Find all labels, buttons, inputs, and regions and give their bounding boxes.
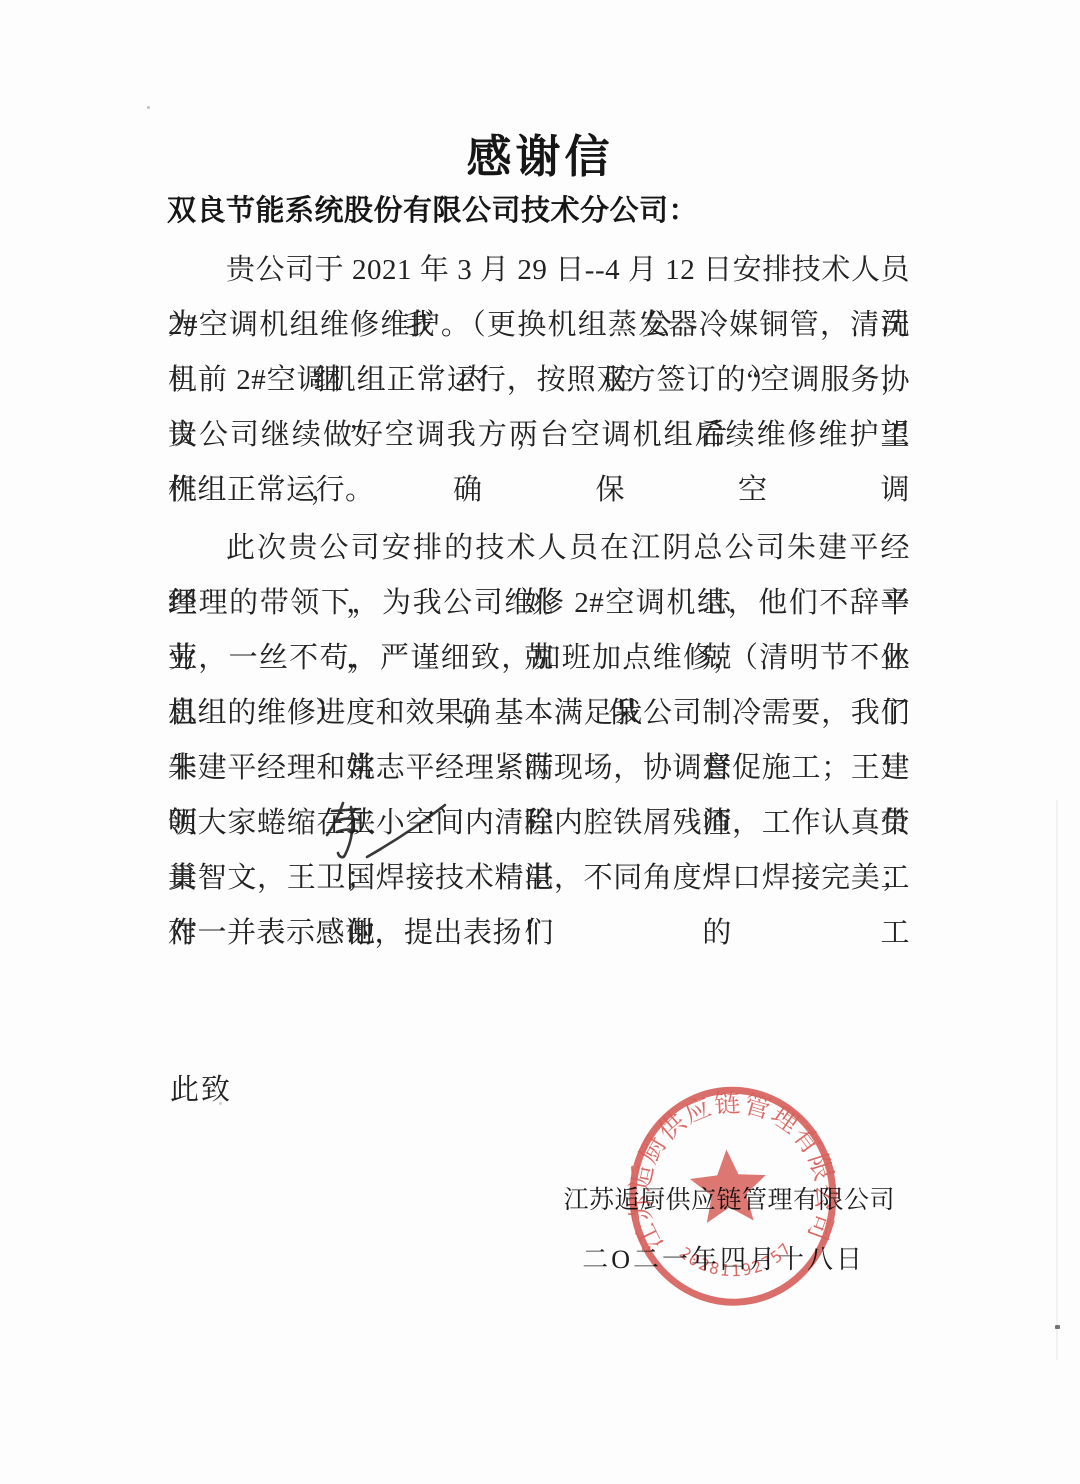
handwritten-correction-mark bbox=[310, 793, 460, 878]
paragraph-2: 此次贵公司安排的技术人员在江阴总公司朱建平经理，姚志平 经理的带领下，为我公司维… bbox=[168, 521, 910, 961]
paragraph-line: 2#空调机组维修维护。（更换机组蒸发器冷媒铜管，清洗机组内腔）， bbox=[168, 298, 910, 353]
scan-streak bbox=[1056, 800, 1058, 1360]
seal-star-icon bbox=[688, 1147, 768, 1223]
paragraph-line: 贵公司于 2021 年 3 月 29 日--4 月 12 日安排技术人员为我公司 bbox=[168, 243, 910, 298]
paragraph-line: 朱建平经理和姚志平经理紧盯现场，协调督促施工；王建明工程师带 bbox=[168, 741, 910, 796]
paragraph-line: 领大家蜷缩在狭小空间内清除内腔铁屑残渣，工作认真负责；电焊工 bbox=[168, 796, 910, 851]
paragraph-1: 贵公司于 2021 年 3 月 29 日--4 月 12 日安排技术人员为我公司… bbox=[168, 243, 910, 518]
paragraph-line: 此次贵公司安排的技术人员在江阴总公司朱建平经理，姚志平 bbox=[168, 521, 910, 576]
page-title: 感谢信 bbox=[0, 120, 1080, 185]
recipient-line: 双良节能系统股份有限公司技术分公司： bbox=[167, 188, 698, 229]
paragraph-line: 目前 2#空调机组正常运行，按照双方签订的“空调服务协议”，希望 bbox=[168, 353, 910, 408]
scan-speck bbox=[219, 1102, 222, 1105]
paragraph-line: 经理的带领下，为我公司维修 2#空调机组，他们不辞辛劳，兢兢业 bbox=[168, 576, 910, 631]
company-seal-stamp: 江苏逅厨供应链管理有限公司 3202811927571 bbox=[605, 1064, 868, 1333]
scan-speck bbox=[147, 106, 150, 109]
closing-salutation: 此致 bbox=[170, 1067, 232, 1108]
paragraph-line: 贵公司继续做好空调我方两台空调机组后续维修维护工作，确保空调 bbox=[168, 408, 910, 463]
paragraph-line: 巢智文，王卫国焊接技术精湛，不同角度焊口焊接完美；对他们的工 bbox=[168, 851, 910, 906]
paragraph-line: 机组的维修进度和效果，基本满足我公司制冷需要，我们非常满意！ bbox=[168, 686, 910, 741]
paragraph-line: 业，一丝不苟，严谨细致，加班加点维修，（清明节不休息）确保 了 bbox=[168, 631, 910, 686]
